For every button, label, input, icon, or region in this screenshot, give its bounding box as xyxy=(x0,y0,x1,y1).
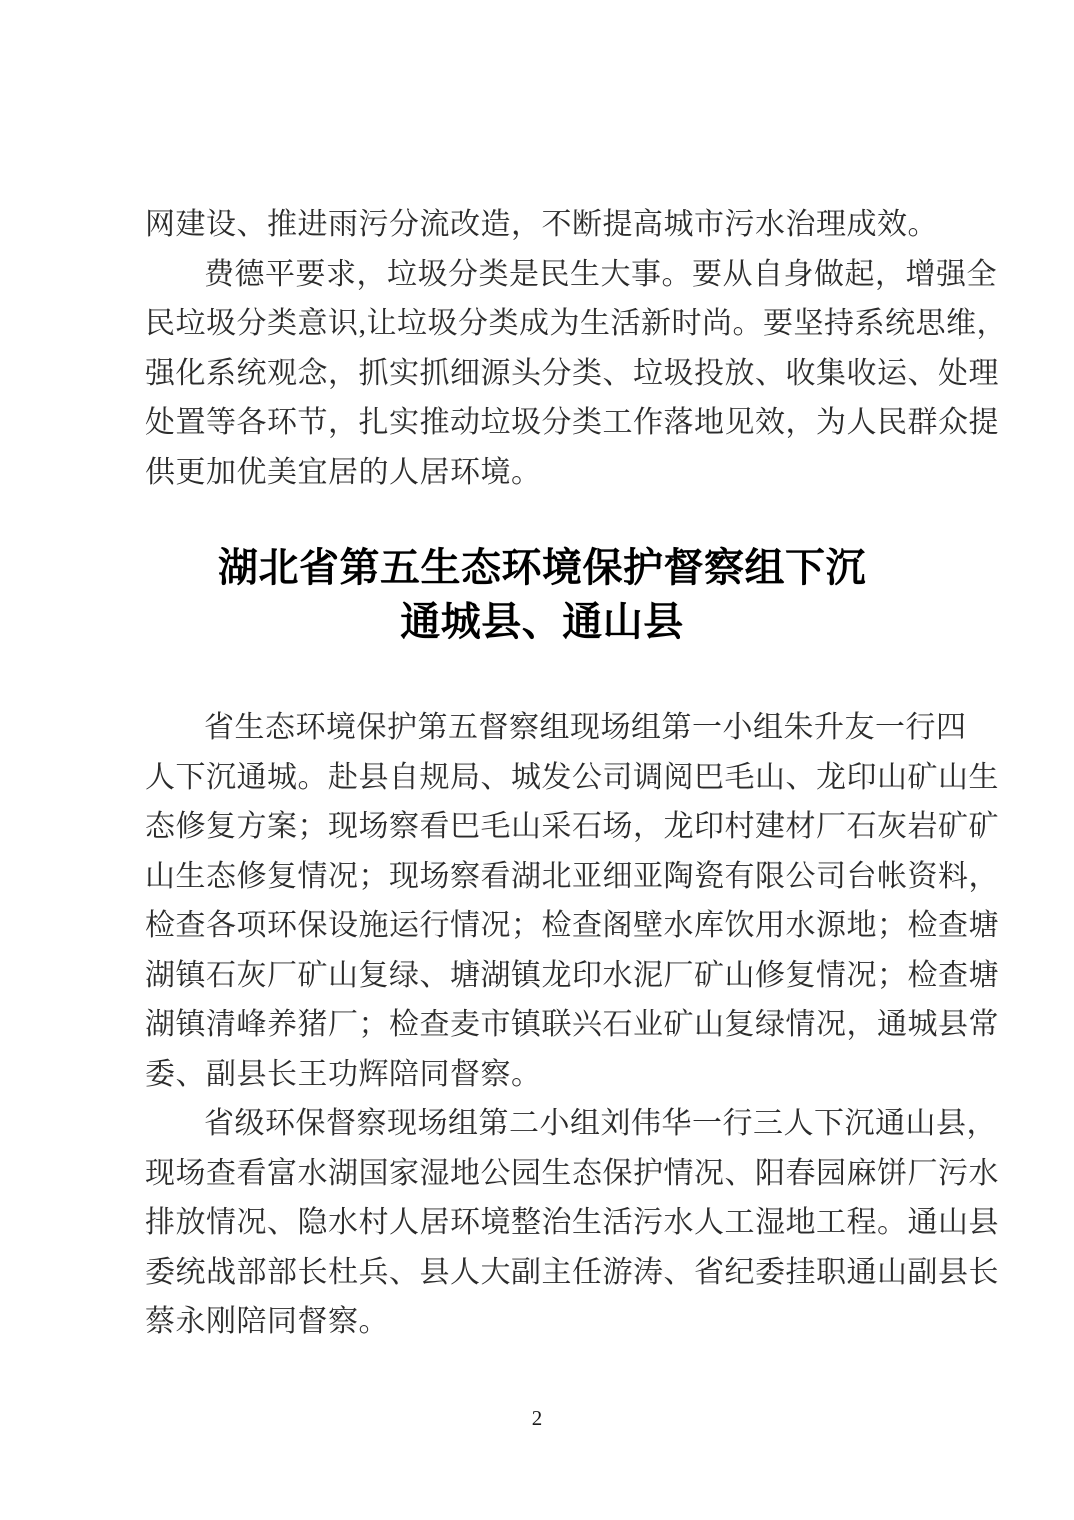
page-footer: 2 xyxy=(0,1406,1074,1430)
paragraph-feideping-requirements: 费德平要求，垃圾分类是民生大事。要从自身做起，增强全民垃圾分类意识,让垃圾分类成… xyxy=(145,250,939,498)
paragraph-tongcheng-inspection: 省生态环境保护第五督察组现场组第一小组朱升友一行四人下沉通城。赴县自规局、城发公… xyxy=(145,703,939,1099)
text-line: 检查各项环保设施运行情况；检查阁壁水库饮用水源地；检查塘 xyxy=(145,901,939,951)
text-line: 湖镇石灰厂矿山复绿、塘湖镇龙印水泥厂矿山修复情况；检查塘 xyxy=(145,951,939,1001)
section-heading-line: 湖北省第五生态环境保护督察组下沉 xyxy=(145,541,939,595)
paragraph-sewage-network-continuation: 网建设、推进雨污分流改造，不断提高城市污水治理成效。 xyxy=(145,200,939,250)
text-line: 排放情况、隐水村人居环境整治生活污水人工湿地工程。通山县 xyxy=(145,1198,939,1248)
text-line: 费德平要求，垃圾分类是民生大事。要从自身做起，增强全 xyxy=(145,250,939,300)
text-line: 民垃圾分类意识,让垃圾分类成为生活新时尚。要坚持系统思维， xyxy=(145,299,939,349)
text-line: 处置等各环节，扎实推动垃圾分类工作落地见效，为人民群众提 xyxy=(145,398,939,448)
text-line: 强化系统观念，抓实抓细源头分类、垃圾投放、收集收运、处理 xyxy=(145,349,939,399)
text-line: 人下沉通城。赴县自规局、城发公司调阅巴毛山、龙印山矿山生 xyxy=(145,753,939,803)
paragraph-tongshan-inspection: 省级环保督察现场组第二小组刘伟华一行三人下沉通山县，现场查看富水湖国家湿地公园生… xyxy=(145,1099,939,1347)
text-line: 态修复方案；现场察看巴毛山采石场，龙印村建材厂石灰岩矿矿 xyxy=(145,802,939,852)
document-body: 网建设、推进雨污分流改造，不断提高城市污水治理成效。 费德平要求，垃圾分类是民生… xyxy=(145,200,939,1347)
text-line: 省级环保督察现场组第二小组刘伟华一行三人下沉通山县， xyxy=(145,1099,939,1149)
text-line: 委统战部部长杜兵、县人大副主任游涛、省纪委挂职通山副县长 xyxy=(145,1248,939,1298)
text-line: 网建设、推进雨污分流改造，不断提高城市污水治理成效。 xyxy=(145,200,939,250)
document-page: 网建设、推进雨污分流改造，不断提高城市污水治理成效。 费德平要求，垃圾分类是民生… xyxy=(0,0,1074,1520)
text-line: 湖镇清峰养猪厂；检查麦市镇联兴石业矿山复绿情况，通城县常 xyxy=(145,1000,939,1050)
text-line: 省生态环境保护第五督察组现场组第一小组朱升友一行四 xyxy=(145,703,939,753)
section-heading-line: 通城县、通山县 xyxy=(145,595,939,649)
text-line: 供更加优美宜居的人居环境。 xyxy=(145,448,939,498)
text-line: 委、副县长王功辉陪同督察。 xyxy=(145,1050,939,1100)
section-heading: 湖北省第五生态环境保护督察组下沉通城县、通山县 xyxy=(145,541,939,649)
text-line: 现场查看富水湖国家湿地公园生态保护情况、阳春园麻饼厂污水 xyxy=(145,1149,939,1199)
text-line: 山生态修复情况；现场察看湖北亚细亚陶瓷有限公司台帐资料， xyxy=(145,852,939,902)
page-number: 2 xyxy=(532,1406,543,1430)
text-line: 蔡永刚陪同督察。 xyxy=(145,1297,939,1347)
